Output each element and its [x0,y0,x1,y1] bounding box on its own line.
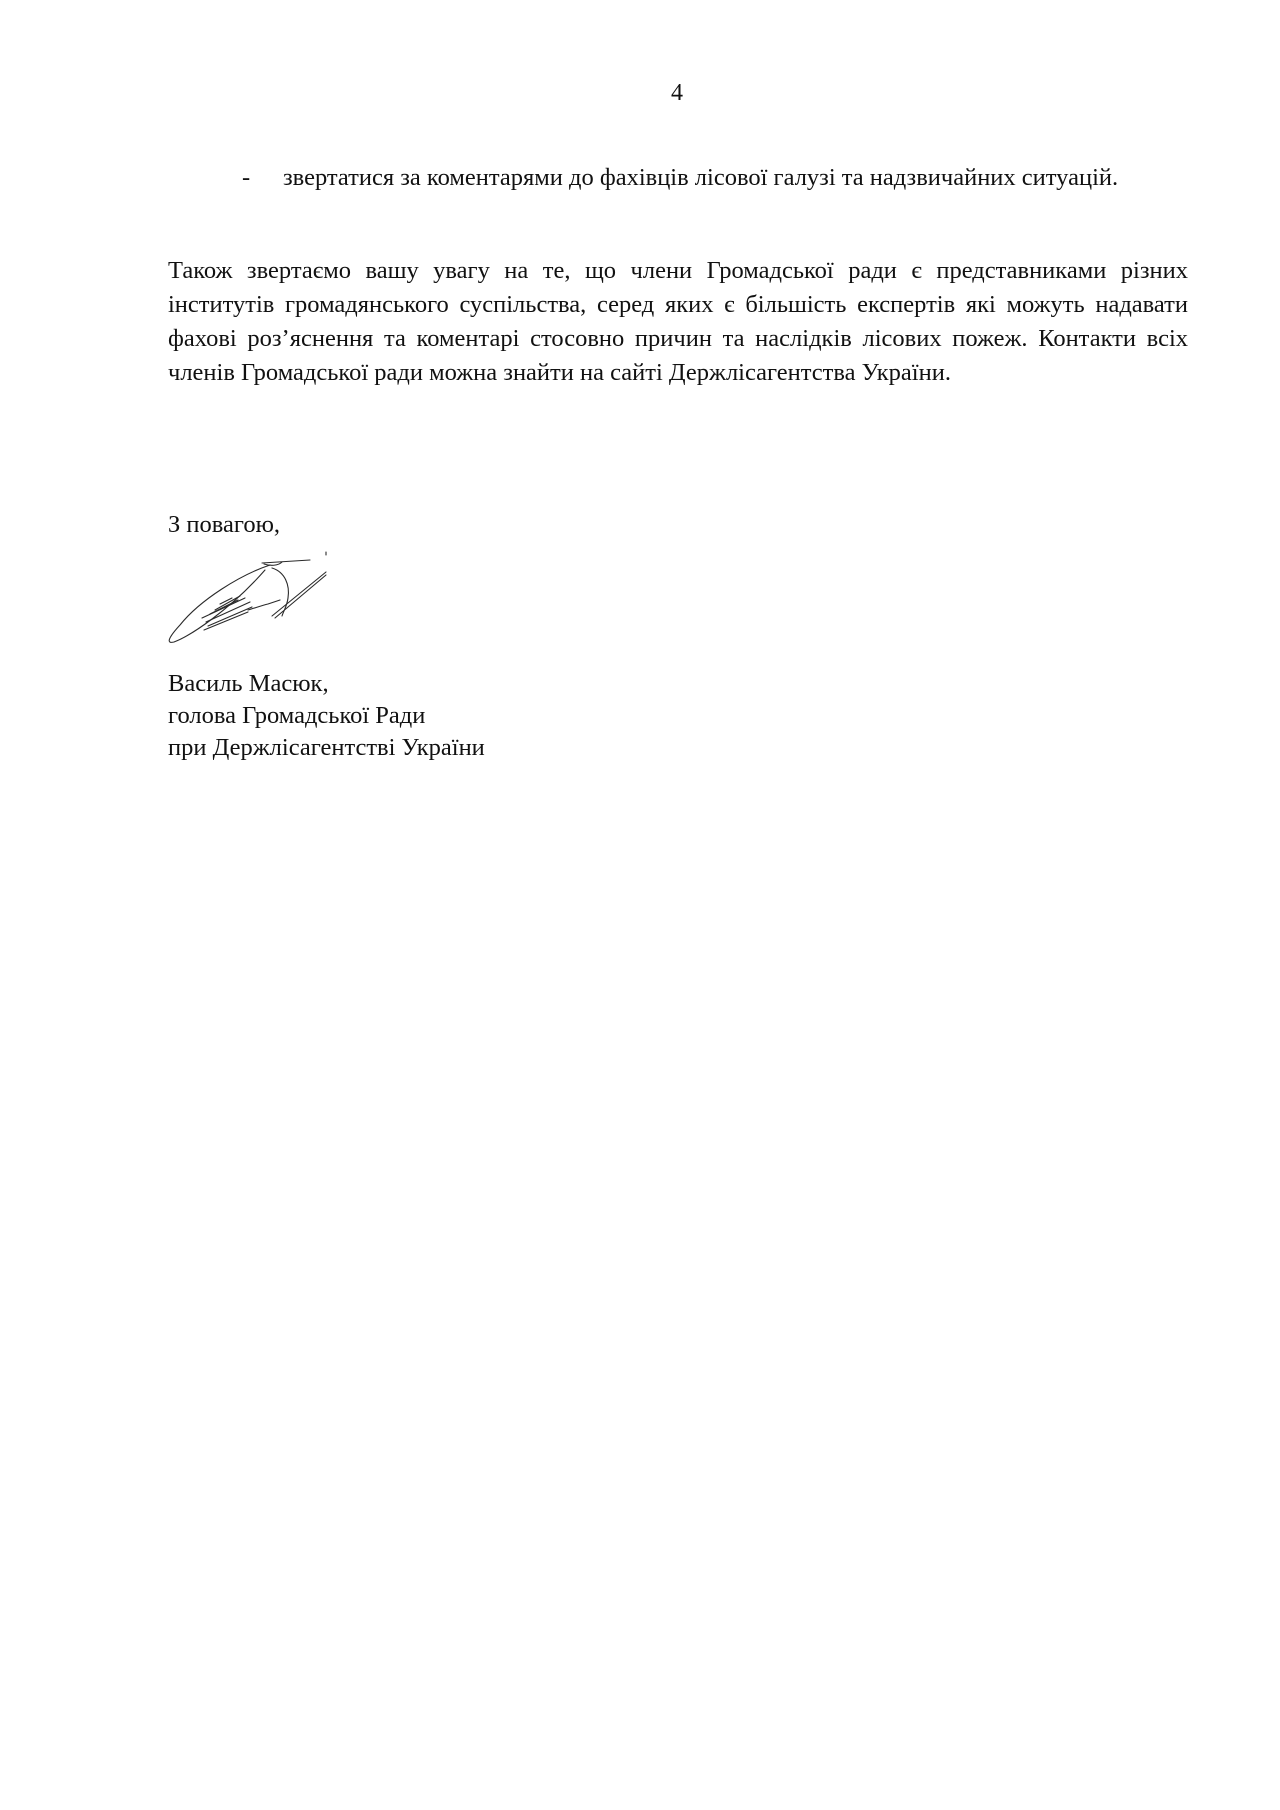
closing-salutation: З повагою, [168,508,280,542]
signer-block: Василь Масюк, голова Громадської Ради пр… [168,668,485,764]
bullet-dash: - [242,160,250,195]
signer-organization: при Держлісагентстві України [168,732,485,764]
body-paragraph: Також звертаємо вашу увагу на те, що чле… [168,254,1188,390]
bullet-text: звертатися за коментарями до фахівців лі… [283,160,1188,195]
signature-icon [160,540,360,650]
signer-name: Василь Масюк, [168,668,485,700]
page-number: 4 [0,76,1280,110]
signer-title: голова Громадської Ради [168,700,485,732]
